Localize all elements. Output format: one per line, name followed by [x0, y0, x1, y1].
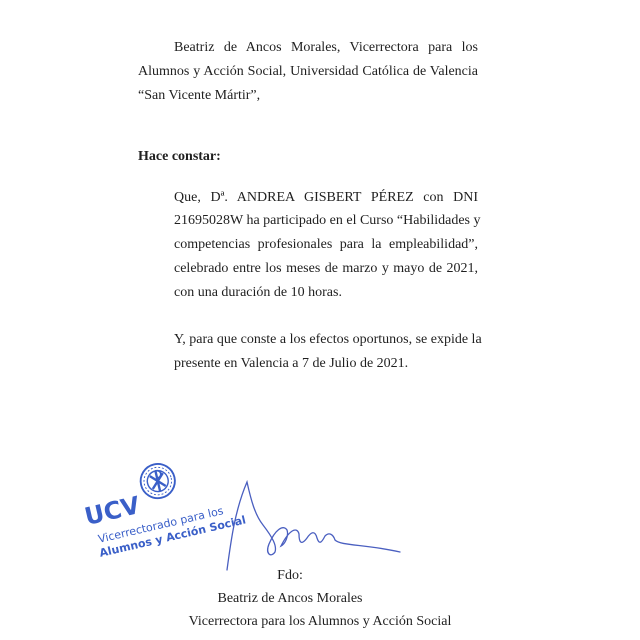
- body-line-5: con una duración de 10 horas.: [174, 285, 342, 301]
- certificate-document: Beatriz de Ancos Morales, Vicerrectora p…: [0, 0, 640, 640]
- heading-hace-constar: Hace constar:: [138, 149, 221, 165]
- intro-line-1: Beatriz de Ancos Morales, Vicerrectora p…: [174, 40, 478, 56]
- intro-line-3: “San Vicente Mártir”,: [138, 88, 260, 104]
- body-line-1: Que, Dª. ANDREA GISBERT PÉREZ con DNI: [174, 190, 478, 206]
- university-seal-icon: [135, 458, 181, 504]
- body-line-2: 21695028W ha participado en el Curso “Ha…: [174, 213, 478, 229]
- body-line-3: competencias profesionales para la emple…: [174, 237, 478, 253]
- signatory-title: Vicerrectora para los Alumnos y Acción S…: [150, 614, 490, 630]
- closing-line-2: presente en Valencia a 7 de Julio de 202…: [174, 356, 408, 372]
- signatory-name: Beatriz de Ancos Morales: [180, 591, 400, 607]
- intro-line-2: Alumnos y Acción Social, Universidad Cat…: [138, 64, 478, 80]
- handwritten-signature: [225, 470, 425, 580]
- signature-label: Fdo:: [220, 568, 360, 584]
- closing-line-1: Y, para que conste a los efectos oportun…: [174, 332, 478, 348]
- body-line-4: celebrado entre los meses de marzo y may…: [174, 261, 478, 277]
